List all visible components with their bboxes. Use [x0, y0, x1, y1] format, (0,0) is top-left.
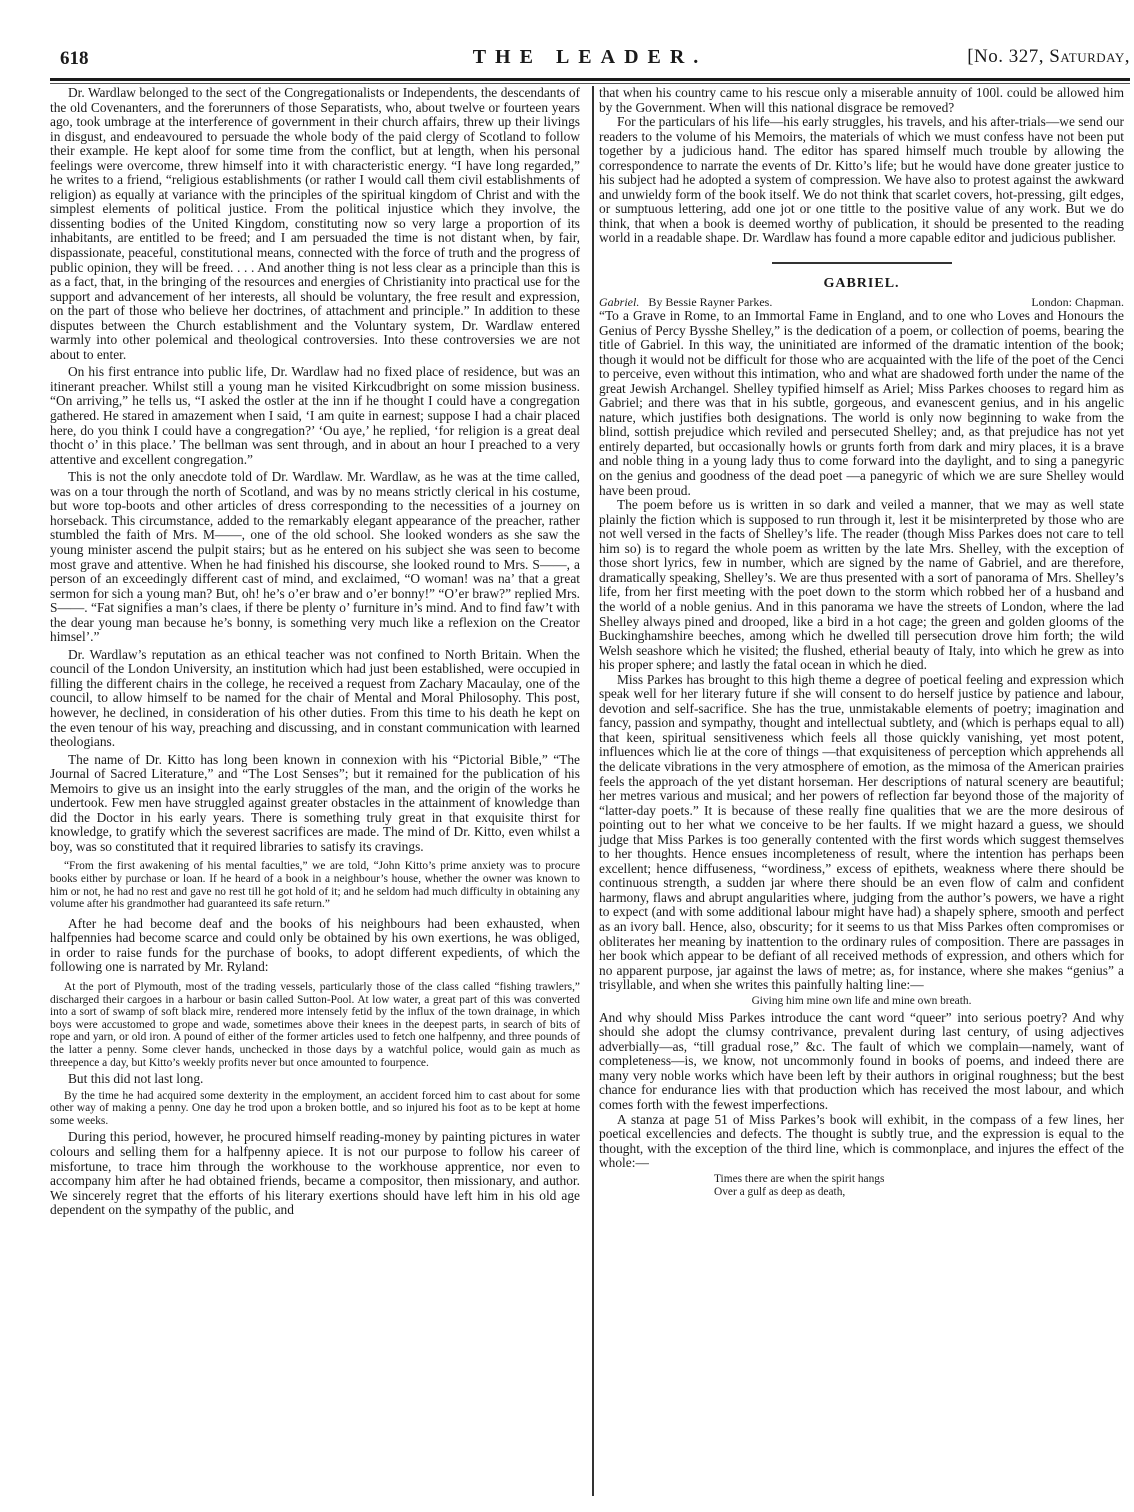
- paragraph-continuation: that when his country came to his rescue…: [599, 86, 1124, 115]
- review-author: By Bessie Rayner Parkes.: [648, 295, 772, 309]
- left-column: Dr. Wardlaw belonged to the sect of the …: [50, 86, 580, 1218]
- paragraph-wardlaw-sect: Dr. Wardlaw belonged to the sect of the …: [50, 86, 580, 362]
- paragraph-wardlaw-preacher: On his first entrance into public life, …: [50, 365, 580, 467]
- masthead-rule-thick: [50, 78, 1130, 81]
- right-column: that when his country came to his rescue…: [599, 86, 1124, 1202]
- paragraph-kitto-closing: During this period, however, he procured…: [50, 1130, 580, 1217]
- review-book-author: Gabriel. By Bessie Rayner Parkes.: [599, 295, 772, 309]
- review-paragraph-stanza-intro: A stanza at page 51 of Miss Parkes’s boo…: [599, 1113, 1124, 1171]
- issue-label: [No. 327, Saturday,: [967, 46, 1130, 68]
- masthead-rule-thin: [50, 83, 1130, 84]
- paragraph-memoirs: For the particulars of his life—his earl…: [599, 115, 1124, 246]
- review-byline: Gabriel. By Bessie Rayner Parkes. London…: [599, 295, 1124, 309]
- review-book-title: Gabriel.: [599, 295, 639, 309]
- review-paragraph-critique: Miss Parkes has brought to this high the…: [599, 673, 1124, 993]
- paragraph-kitto-intro: The name of Dr. Kitto has long been know…: [50, 753, 580, 855]
- quote-kitto-books: “From the first awakening of his mental …: [50, 860, 580, 910]
- column-divider: [592, 86, 594, 1496]
- stanza-line: Times there are when the spirit hangs: [714, 1173, 1124, 1186]
- paragraph-kitto-deaf: After he had become deaf and the books o…: [50, 917, 580, 975]
- stanza: Times there are when the spirit hangs Ov…: [599, 1173, 1124, 1199]
- verse-halting-line: Giving him mine own life and mine own br…: [599, 995, 1124, 1008]
- review-gabriel: GABRIEL. Gabriel. By Bessie Rayner Parke…: [599, 276, 1124, 1199]
- paragraph-wardlaw-anecdote: This is not the only anecdote told of Dr…: [50, 470, 580, 645]
- review-paragraph-dedication: “To a Grave in Rome, to an Immortal Fame…: [599, 309, 1124, 498]
- paragraph-wardlaw-reputation: Dr. Wardlaw’s reputation as an ethical t…: [50, 648, 580, 750]
- review-paragraph-fiction: The poem before us is written in so dark…: [599, 498, 1124, 673]
- quote-plymouth: At the port of Plymouth, most of the tra…: [50, 981, 580, 1069]
- section-separator: [772, 262, 952, 264]
- short-line: But this did not last long.: [50, 1072, 580, 1087]
- issue-number: [No. 327,: [967, 46, 1049, 67]
- quote-accident: By the time he had acquired some dexteri…: [50, 1090, 580, 1128]
- review-paragraph-queer: And why should Miss Parkes introduce the…: [599, 1011, 1124, 1113]
- review-heading: GABRIEL.: [599, 276, 1124, 292]
- stanza-line: Over a gulf as deep as death,: [714, 1186, 1124, 1199]
- issue-day: Saturday,: [1049, 46, 1130, 67]
- review-publisher: London: Chapman.: [1031, 295, 1124, 309]
